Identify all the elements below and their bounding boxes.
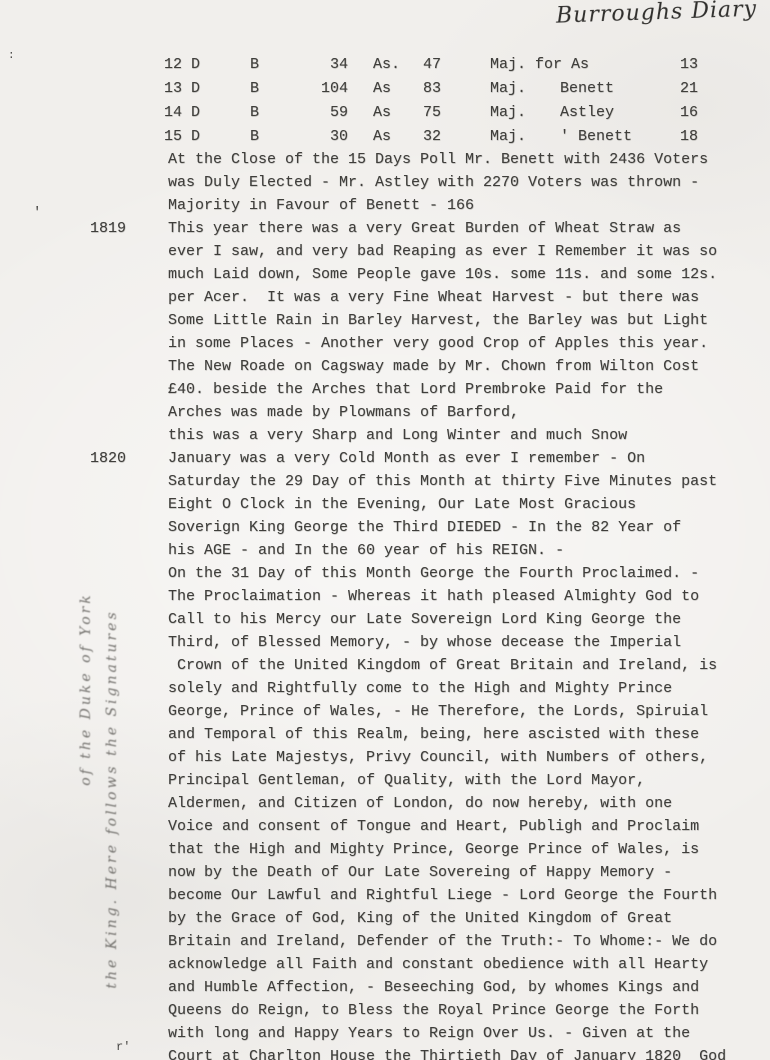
table-cell: B: [250, 101, 259, 124]
body-line: this was a very Sharp and Long Winter an…: [168, 424, 728, 447]
table-cell: 47: [423, 53, 441, 76]
margin-year-label: 1820: [90, 447, 150, 470]
body-line: his AGE - and In the 60 year of his REIG…: [168, 539, 728, 562]
table-cell: Maj.: [490, 101, 526, 124]
table-cell: Maj.: [490, 77, 526, 100]
table-cell: 13 D: [164, 77, 200, 100]
table-cell: 32: [423, 125, 441, 148]
table-cell: B: [250, 53, 259, 76]
table-cell: 59: [318, 101, 348, 124]
table-cell: As: [373, 101, 391, 124]
body-line: by the Grace of God, King of the United …: [168, 907, 728, 930]
table-row: 12 DB34As.47Maj. for As13: [0, 53, 770, 77]
body-line: January was a very Cold Month as ever I …: [168, 447, 728, 470]
table-cell: 14 D: [164, 101, 200, 124]
table-cell: ' Benett: [560, 125, 632, 148]
handwritten-page-title: Burroughs Diary: [556, 0, 767, 29]
body-line: The New Roade on Cagsway made by Mr. Cho…: [168, 355, 728, 378]
table-row: 14 DB59As75Maj.Astley16: [0, 101, 770, 125]
stray-mark: r': [116, 1040, 130, 1054]
table-cell: B: [250, 77, 259, 100]
body-line: Call to his Mercy our Late Sovereign Lor…: [168, 608, 728, 631]
body-line: Soverign King George the Third DIEDED - …: [168, 516, 728, 539]
poll-results-table: 12 DB34As.47Maj. for As1313 DB104As83Maj…: [0, 53, 770, 153]
body-line: Third, of Blessed Memory, - by whose dec…: [168, 631, 728, 654]
body-line: acknowledge all Faith and constant obedi…: [168, 953, 728, 976]
table-cell: 104: [318, 77, 348, 100]
table-cell: Astley: [560, 101, 614, 124]
body-line: per Acer. It was a very Fine Wheat Harve…: [168, 286, 728, 309]
table-cell: 13: [680, 53, 698, 76]
table-cell: 30: [318, 125, 348, 148]
table-cell: As: [373, 125, 391, 148]
body-line: £40. beside the Arches that Lord Prembro…: [168, 378, 728, 401]
body-line: in some Places - Another very good Crop …: [168, 332, 728, 355]
table-cell: Benett: [560, 77, 614, 100]
body-line: Some Little Rain in Barley Harvest, the …: [168, 309, 728, 332]
table-cell: 16: [680, 101, 698, 124]
body-line: with long and Happy Years to Reign Over …: [168, 1022, 728, 1045]
margin-year-label: 1819: [90, 217, 150, 240]
body-line: At the Close of the 15 Days Poll Mr. Ben…: [168, 148, 728, 171]
body-line: and Humble Affection, - Beseeching God, …: [168, 976, 728, 999]
body-line: Majority in Favour of Benett - 166: [168, 194, 728, 217]
body-line: Eight O Clock in the Evening, Our Late M…: [168, 493, 728, 516]
table-cell: 15 D: [164, 125, 200, 148]
scanned-diary-page: Burroughs Diary 12 DB34As.47Maj. for As1…: [0, 0, 770, 1060]
body-line: and Temporal of this Realm, being, here …: [168, 723, 728, 746]
body-line: Crown of the United Kingdom of Great Bri…: [168, 654, 728, 677]
body-line: George, Prince of Wales, - He Therefore,…: [168, 700, 728, 723]
table-cell: 75: [423, 101, 441, 124]
body-line: solely and Rightfully come to the High a…: [168, 677, 728, 700]
body-line: become Our Lawful and Rightful Liege - L…: [168, 884, 728, 907]
diary-body-text: At the Close of the 15 Days Poll Mr. Ben…: [168, 148, 728, 1060]
stray-mark: :: [8, 50, 15, 62]
body-line: now by the Death of Our Late Sovereing o…: [168, 861, 728, 884]
body-line: Arches was made by Plowmans of Barford,: [168, 401, 728, 424]
body-line: ever I saw, and very bad Reaping as ever…: [168, 240, 728, 263]
table-cell: 18: [680, 125, 698, 148]
body-line: This year there was a very Great Burden …: [168, 217, 728, 240]
table-cell: 21: [680, 77, 698, 100]
table-cell: 34: [318, 53, 348, 76]
body-line: Voice and consent of Tongue and Heart, P…: [168, 815, 728, 838]
body-line: much Laid down, Some People gave 10s. so…: [168, 263, 728, 286]
table-cell: 83: [423, 77, 441, 100]
body-line: On the 31 Day of this Month George the F…: [168, 562, 728, 585]
table-row: 15 DB30As32Maj.' Benett18: [0, 125, 770, 149]
body-line: that the High and Mighty Prince, George …: [168, 838, 728, 861]
table-cell: Maj.: [490, 125, 526, 148]
table-row: 13 DB104As83Maj.Benett21: [0, 77, 770, 101]
table-cell: As.: [373, 53, 400, 76]
table-cell: As: [373, 77, 391, 100]
table-cell: 12 D: [164, 53, 200, 76]
body-line: Aldermen, and Citizen of London, do now …: [168, 792, 728, 815]
body-line: Britain and Ireland, Defender of the Tru…: [168, 930, 728, 953]
body-line: of his Late Majestys, Privy Council, wit…: [168, 746, 728, 769]
marginalia-handwriting: the King. Here follows the Signatures: [104, 539, 120, 1059]
body-line: The Proclaimation - Whereas it hath plea…: [168, 585, 728, 608]
body-line: Court at Charlton House the Thirtieth Da…: [168, 1045, 728, 1060]
table-cell: B: [250, 125, 259, 148]
stray-mark: ': [33, 205, 41, 221]
body-line: was Duly Elected - Mr. Astley with 2270 …: [168, 171, 728, 194]
body-line: Queens do Reign, to Bless the Royal Prin…: [168, 999, 728, 1022]
marginalia-handwriting: of the Duke of York: [78, 559, 94, 819]
table-cell: Maj. for As: [490, 53, 589, 76]
body-line: Principal Gentleman, of Quality, with th…: [168, 769, 728, 792]
body-line: Saturday the 29 Day of this Month at thi…: [168, 470, 728, 493]
